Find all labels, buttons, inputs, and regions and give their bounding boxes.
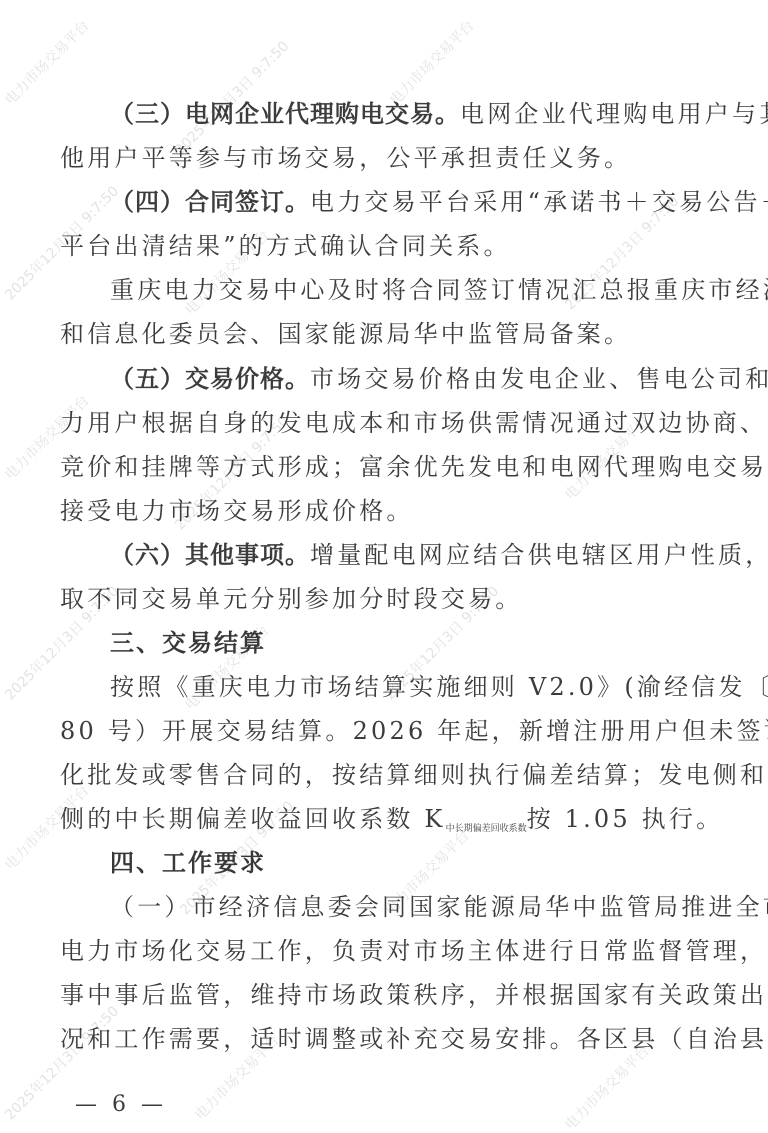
paragraph-line: 电力市场化交易工作，负责对市场主体进行日常监督管理，强化 xyxy=(60,936,720,966)
paragraph-line: 取不同交易单元分别参加分时段交易。 xyxy=(60,584,720,614)
paragraph-line: 平台出清结果”的方式确认合同关系。 xyxy=(60,231,720,261)
page-number: — 6 — xyxy=(75,1092,167,1117)
paragraph-line: 况和工作需要，适时调整或补充交易安排。各区县（自治县）经 xyxy=(60,1024,720,1054)
section-heading: 三、交易结算 xyxy=(110,628,768,658)
clause-title: （六）其他事项。 xyxy=(110,541,310,569)
paragraph-line: 接受电力市场交易形成价格。 xyxy=(60,496,720,526)
clause-title: （四）合同签订。 xyxy=(110,188,310,216)
clause-title: （五）交易价格。 xyxy=(110,365,310,393)
clause-title: （三）电网企业代理购电交易。 xyxy=(110,100,460,128)
paragraph-line: （四）合同签订。电力交易平台采用“承诺书＋交易公告＋ xyxy=(110,187,768,217)
subscript: 中长期偏差回收系数 xyxy=(446,824,527,834)
section-heading: 四、工作要求 xyxy=(110,848,768,878)
watermark-platform: 电力市场交易平台 xyxy=(560,1041,653,1133)
watermark-platform: 电力市场交易平台 xyxy=(0,16,93,109)
paragraph-line: 侧的中长期偏差收益回收系数 K中长期偏差回收系数按 1.05 执行。 xyxy=(60,804,720,844)
paragraph-line: 按照《重庆电力市场结算实施细则 V2.0》(渝经信发〔2025〕 xyxy=(110,672,768,702)
paragraph-line: 重庆电力交易中心及时将合同签订情况汇总报重庆市经济 xyxy=(110,275,768,305)
paragraph-line: （三）电网企业代理购电交易。电网企业代理购电用户与其 xyxy=(110,99,768,129)
paragraph-line: （一）市经济信息委会同国家能源局华中监管局推进全市 xyxy=(110,892,768,922)
document-page: 电力市场交易平台 2025年12月3日 9:7:50 电力市场交易平台 2025… xyxy=(0,0,768,1133)
paragraph-line: （五）交易价格。市场交易价格由发电企业、售电公司和电 xyxy=(110,364,768,394)
paragraph-line: 竞价和挂牌等方式形成；富余优先发电和电网代理购电交易价格 xyxy=(60,452,720,482)
watermark-platform: 电力市场交易平台 xyxy=(385,16,478,109)
paragraph-line: （六）其他事项。增量配电网应结合供电辖区用户性质，选 xyxy=(110,540,768,570)
paragraph-line: 事中事后监管，维持市场政策秩序，并根据国家有关政策出台情 xyxy=(60,980,720,1010)
paragraph-line: 和信息化委员会、国家能源局华中监管局备案。 xyxy=(60,319,720,349)
paragraph-line: 80 号）开展交易结算。2026 年起，新增注册用户但未签订市场 xyxy=(60,716,720,746)
paragraph-line: 化批发或零售合同的，按结算细则执行偏差结算；发电侧和用户 xyxy=(60,760,720,790)
paragraph-line: 他用户平等参与市场交易，公平承担责任义务。 xyxy=(60,143,720,173)
paragraph-line: 力用户根据自身的发电成本和市场供需情况通过双边协商、集中 xyxy=(60,408,720,438)
watermark-timestamp: 2025年12月3日 9:7:50 xyxy=(170,36,293,159)
